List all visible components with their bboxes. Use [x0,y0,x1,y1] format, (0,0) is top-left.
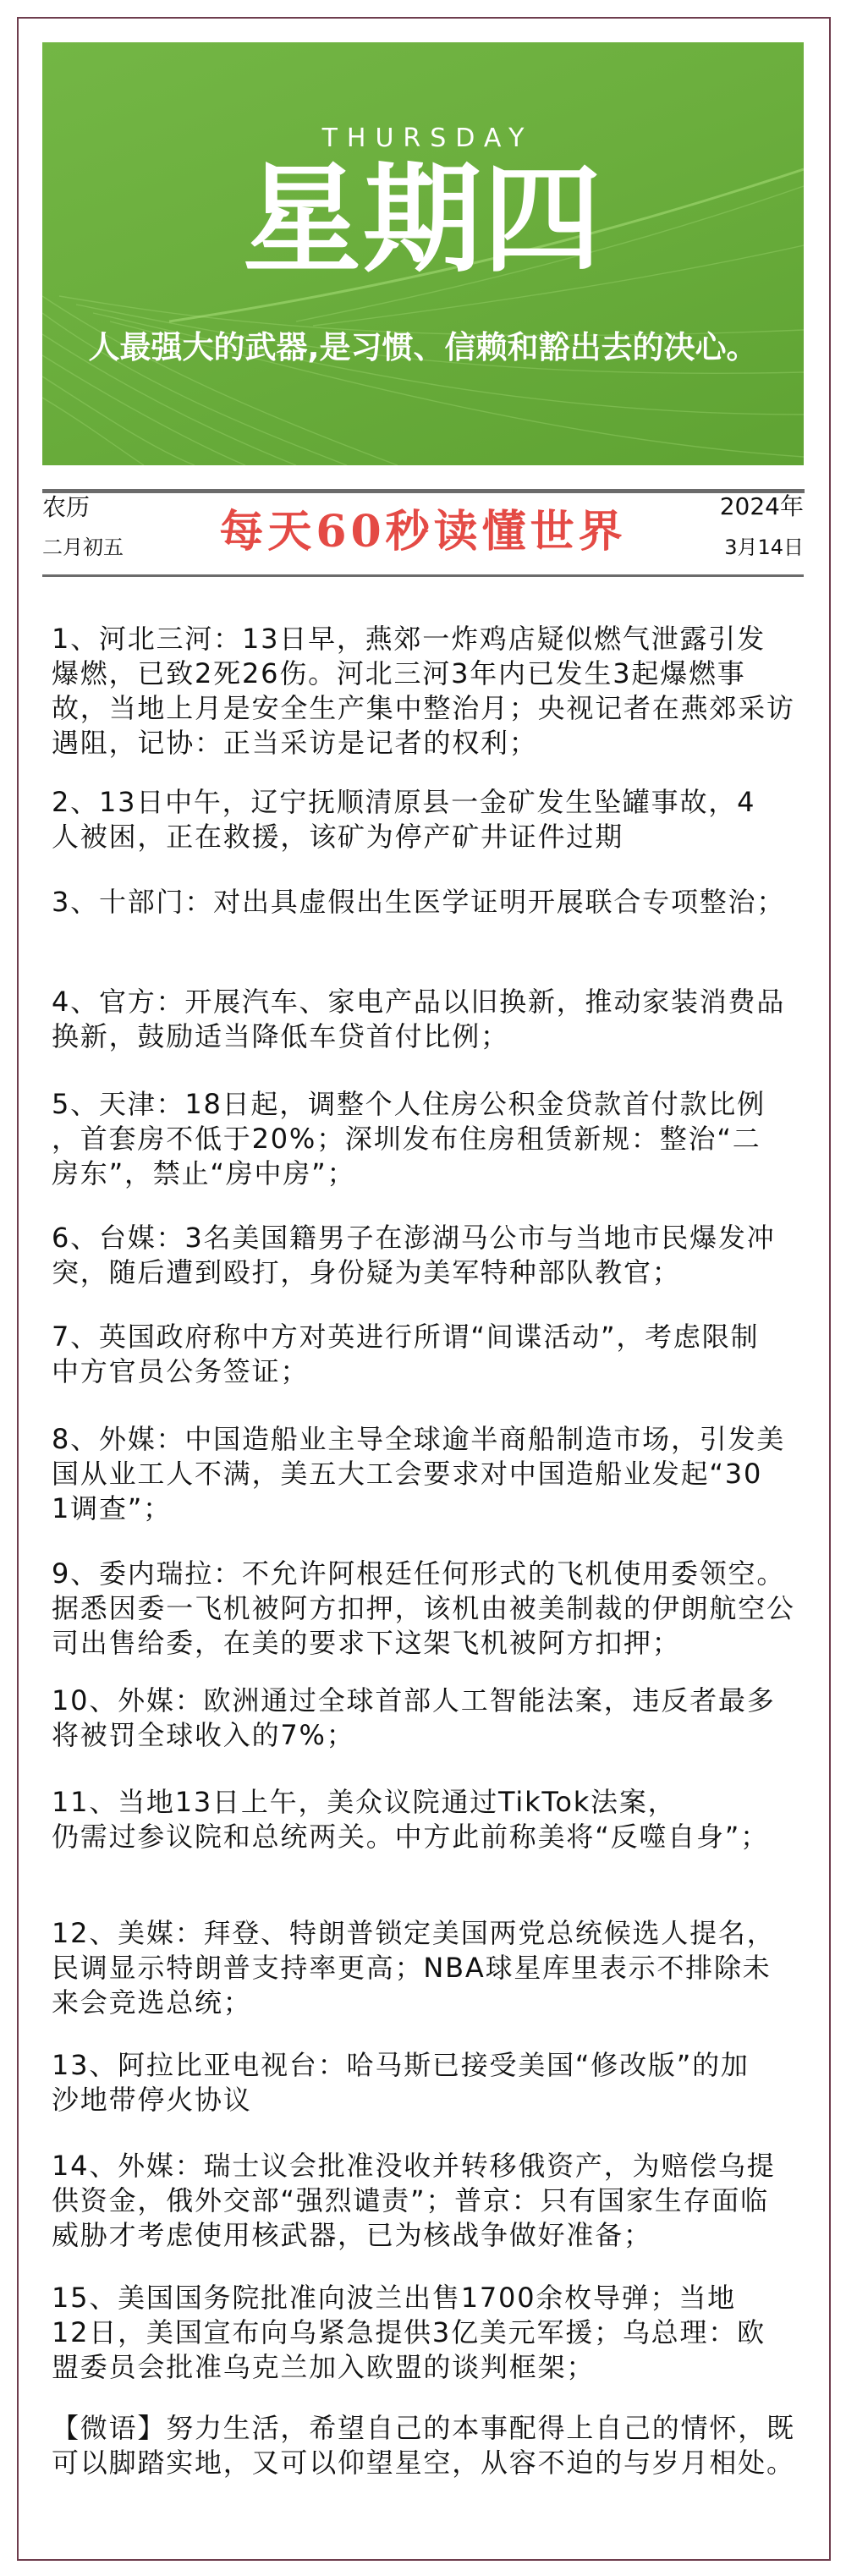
weiyu-line: 可以脚踏实地，又可以仰望星空，从容不迫的与岁月相处。 [52,2446,795,2480]
news-item-1: 1、河北三河：13日早，燕郊一炸鸡店疑似燃气泄露引发 爆燃，已致2死26伤。河北… [52,622,795,761]
header-bottom-rule [42,574,804,577]
news-line: ，首套房不低于20%；深圳发布住房租赁新规：整治“二 [52,1122,766,1156]
news-line: 房东”，禁止“房中房”； [52,1156,766,1191]
news-item-14: 14、外媒：瑞士议会批准没收并转移俄资产，为赔偿乌提 供资金，俄外交部“强烈谴责… [52,2149,776,2253]
news-line: 4、官方：开展汽车、家电产品以旧换新，推动家装消费品 [52,985,785,1019]
news-line: 1调查”； [52,1491,785,1526]
news-line: 人被困，正在救援，该矿为停产矿井证件过期 [52,820,755,854]
news-line: 10、外媒：欧洲通过全球首部人工智能法案，违反者最多 [52,1683,776,1718]
date-label: 3月14日 [724,537,804,557]
news-item-8: 8、外媒：中国造船业主导全球逾半商船制造市场，引发美 国从业工人不满，美五大工会… [52,1422,785,1526]
news-item-12: 12、美媒：拜登、特朗普锁定美国两党总统候选人提名， 民调显示特朗普支持率更高；… [52,1916,776,2020]
news-line: 中方官员公务签证； [52,1354,759,1389]
news-line: 12日，美国宣布向乌紧急提供3亿美元军援；乌总理：欧 [52,2315,766,2350]
news-item-9: 9、委内瑞拉：不允许阿根廷任何形式的飞机使用委领空。 据悉因委一飞机被阿方扣押，… [52,1557,795,1661]
news-item-13: 13、阿拉比亚电视台：哈马斯已接受美国“修改版”的加 沙地带停火协议 [52,2048,750,2117]
news-line: 12、美媒：拜登、特朗普锁定美国两党总统候选人提名， [52,1916,776,1951]
news-line: 据悉因委一飞机被阿方扣押，该机由被美制裁的伊朗航空公 [52,1591,795,1626]
news-line: 9、委内瑞拉：不允许阿根廷任何形式的飞机使用委领空。 [52,1557,795,1591]
news-line: 11、当地13日上午，美众议院通过TikTok法案， [52,1785,769,1820]
news-line: 国从业工人不满，美五大工会要求对中国造船业发起“30 [52,1457,785,1491]
day-banner: THURSDAY 星期四 人最强大的武器,是习惯、信赖和豁出去的决心。 [42,42,804,465]
news-line: 盟委员会批准乌克兰加入欧盟的谈判框架； [52,2350,766,2385]
news-line: 民调显示特朗普支持率更高；NBA球星库里表示不排除未 [52,1951,776,1986]
news-line: 仍需过参议院和总统两关。中方此前称美将“反噬自身”； [52,1820,769,1854]
day-chinese: 星期四 [42,161,804,279]
news-line: 来会竞选总统； [52,1986,776,2020]
news-item-10: 10、外媒：欧洲通过全球首部人工智能法案，违反者最多 将被罚全球收入的7%； [52,1683,776,1753]
year-label: 2024年 [720,495,804,519]
news-line: 突，随后遭到殴打，身份疑为美军特种部队教官； [52,1255,776,1290]
news-line: 司出售给委，在美的要求下这架飞机被阿方扣押； [52,1626,795,1661]
news-line: 将被罚全球收入的7%； [52,1718,776,1753]
news-line: 5、天津：18日起，调整个人住房公积金贷款首付款比例 [52,1087,766,1122]
news-item-5: 5、天津：18日起，调整个人住房公积金贷款首付款比例 ，首套房不低于20%；深圳… [52,1087,766,1191]
news-item-4: 4、官方：开展汽车、家电产品以旧换新，推动家装消费品 换新，鼓励适当降低车贷首付… [52,985,785,1054]
news-item-11: 11、当地13日上午，美众议院通过TikTok法案， 仍需过参议院和总统两关。中… [52,1785,769,1854]
news-line: 换新，鼓励适当降低车贷首付比例； [52,1019,785,1054]
news-line: 遇阻，记协：正当采访是记者的权利； [52,726,795,761]
day-english: THURSDAY [42,126,804,151]
news-line: 2、13日中午，辽宁抚顺清原县一金矿发生坠罐事故，4 [52,785,755,820]
news-line: 3、十部门：对出具虚假出生医学证明开展联合专项整治； [52,885,785,920]
news-line: 8、外媒：中国造船业主导全球逾半商船制造市场，引发美 [52,1422,785,1457]
news-item-6: 6、台媒：3名美国籍男子在澎湖马公市与当地市民爆发冲 突，随后遭到殴打，身份疑为… [52,1221,776,1290]
news-line: 13、阿拉比亚电视台：哈马斯已接受美国“修改版”的加 [52,2048,750,2083]
news-line: 1、河北三河：13日早，燕郊一炸鸡店疑似燃气泄露引发 [52,622,795,656]
news-line: 爆燃，已致2死26伤。河北三河3年内已发生3起爆燃事 [52,656,795,691]
weiyu-line: 【微语】努力生活，希望自己的本事配得上自己的情怀，既 [52,2411,795,2446]
news-line: 沙地带停火协议 [52,2083,750,2117]
page-title: 每天60秒读懂世界 [42,509,804,555]
news-item-15: 15、美国国务院批准向波兰出售1700余枚导弹；当地 12日，美国宣布向乌紧急提… [52,2281,766,2385]
news-line: 6、台媒：3名美国籍男子在澎湖马公市与当地市民爆发冲 [52,1221,776,1255]
news-item-2: 2、13日中午，辽宁抚顺清原县一金矿发生坠罐事故，4 人被困，正在救援，该矿为停… [52,785,755,854]
weiyu-quote: 【微语】努力生活，希望自己的本事配得上自己的情怀，既 可以脚踏实地，又可以仰望星… [52,2411,795,2480]
news-item-7: 7、英国政府称中方对英进行所谓“间谍活动”，考虑限制 中方官员公务签证； [52,1320,759,1389]
banner-quote: 人最强大的武器,是习惯、信赖和豁出去的决心。 [42,331,804,365]
news-line: 14、外媒：瑞士议会批准没收并转移俄资产，为赔偿乌提 [52,2149,776,2183]
news-line: 15、美国国务院批准向波兰出售1700余枚导弹；当地 [52,2281,766,2315]
news-line: 供资金，俄外交部“强烈谴责”；普京：只有国家生存面临 [52,2183,776,2218]
header-top-rule [42,489,805,493]
news-line: 7、英国政府称中方对英进行所谓“间谍活动”，考虑限制 [52,1320,759,1354]
news-line: 威胁才考虑使用核武器，已为核战争做好准备； [52,2218,776,2253]
news-item-3: 3、十部门：对出具虚假出生医学证明开展联合专项整治； [52,885,785,920]
news-line: 故，当地上月是安全生产集中整治月；央视记者在燕郊采访 [52,691,795,726]
